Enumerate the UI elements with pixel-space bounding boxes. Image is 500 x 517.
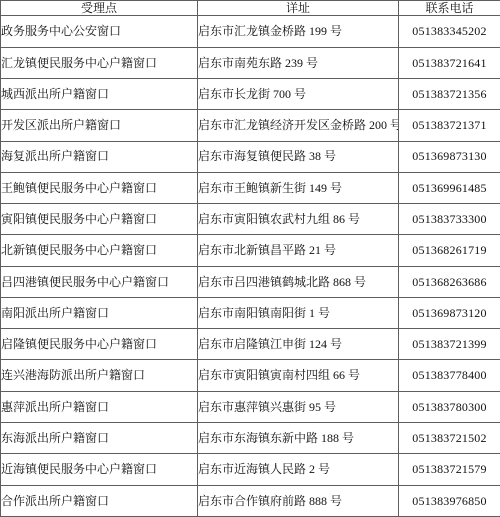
cell-address: 启东市汇龙镇金桥路 199 号 bbox=[198, 16, 399, 47]
column-header-acceptance-point: 受理点 bbox=[1, 1, 198, 16]
cell-acceptance-point: 南阳派出所户籍窗口 bbox=[1, 297, 198, 328]
cell-address: 启东市东海镇东新中路 188 号 bbox=[198, 423, 399, 454]
cell-phone: 051383345202 bbox=[399, 16, 500, 47]
cell-phone: 051383721579 bbox=[399, 454, 500, 485]
cell-phone: 051383778400 bbox=[399, 360, 500, 391]
cell-phone: 051383780300 bbox=[399, 391, 500, 422]
cell-phone: 051368261719 bbox=[399, 235, 500, 266]
table-row: 寅阳镇便民服务中心户籍窗口 启东市寅阳镇农武村九组 86 号 051383733… bbox=[1, 204, 500, 235]
cell-acceptance-point: 连兴港海防派出所户籍窗口 bbox=[1, 360, 198, 391]
table-row: 近海镇便民服务中心户籍窗口 启东市近海镇人民路 2 号 051383721579 bbox=[1, 454, 500, 485]
cell-address: 启东市汇龙镇经济开发区金桥路 200 号 bbox=[198, 110, 399, 141]
cell-address: 启东市惠萍镇兴惠街 95 号 bbox=[198, 391, 399, 422]
cell-address: 启东市寅阳镇农武村九组 86 号 bbox=[198, 204, 399, 235]
cell-address: 启东市寅阳镇寅南村四组 66 号 bbox=[198, 360, 399, 391]
cell-acceptance-point: 东海派出所户籍窗口 bbox=[1, 423, 198, 454]
cell-address: 启东市南阳镇南阳街 1 号 bbox=[198, 297, 399, 328]
cell-acceptance-point: 海复派出所户籍窗口 bbox=[1, 141, 198, 172]
cell-address: 启东市北新镇昌平路 21 号 bbox=[198, 235, 399, 266]
cell-address: 启东市长龙街 700 号 bbox=[198, 78, 399, 109]
cell-acceptance-point: 惠萍派出所户籍窗口 bbox=[1, 391, 198, 422]
table-body: 政务服务中心公安窗口 启东市汇龙镇金桥路 199 号 051383345202 … bbox=[1, 16, 500, 517]
cell-address: 启东市南苑东路 239 号 bbox=[198, 47, 399, 78]
cell-acceptance-point: 北新镇便民服务中心户籍窗口 bbox=[1, 235, 198, 266]
cell-acceptance-point: 城西派出所户籍窗口 bbox=[1, 78, 198, 109]
cell-phone: 051368263686 bbox=[399, 266, 500, 297]
column-header-address: 详址 bbox=[198, 1, 399, 16]
table-row: 吕四港镇便民服务中心户籍窗口 启东市吕四港镇鹤城北路 868 号 0513682… bbox=[1, 266, 500, 297]
table-row: 连兴港海防派出所户籍窗口 启东市寅阳镇寅南村四组 66 号 0513837784… bbox=[1, 360, 500, 391]
column-header-phone: 联系电话 bbox=[399, 1, 500, 16]
table-row: 政务服务中心公安窗口 启东市汇龙镇金桥路 199 号 051383345202 bbox=[1, 16, 500, 47]
cell-acceptance-point: 启隆镇便民服务中心户籍窗口 bbox=[1, 329, 198, 360]
cell-phone: 051383721356 bbox=[399, 78, 500, 109]
cell-address: 启东市合作镇府前路 888 号 bbox=[198, 485, 399, 516]
cell-address: 启东市海复镇便民路 38 号 bbox=[198, 141, 399, 172]
table-row: 惠萍派出所户籍窗口 启东市惠萍镇兴惠街 95 号 051383780300 bbox=[1, 391, 500, 422]
cell-address: 启东市近海镇人民路 2 号 bbox=[198, 454, 399, 485]
table-row: 东海派出所户籍窗口 启东市东海镇东新中路 188 号 051383721502 bbox=[1, 423, 500, 454]
cell-phone: 051383721502 bbox=[399, 423, 500, 454]
cell-acceptance-point: 汇龙镇便民服务中心户籍窗口 bbox=[1, 47, 198, 78]
table-row: 合作派出所户籍窗口 启东市合作镇府前路 888 号 051383976850 bbox=[1, 485, 500, 516]
acceptance-points-table: 受理点 详址 联系电话 政务服务中心公安窗口 启东市汇龙镇金桥路 199 号 0… bbox=[0, 0, 500, 517]
cell-phone: 051383721399 bbox=[399, 329, 500, 360]
table-row: 开发区派出所户籍窗口 启东市汇龙镇经济开发区金桥路 200 号 05138372… bbox=[1, 110, 500, 141]
table-row: 南阳派出所户籍窗口 启东市南阳镇南阳街 1 号 051369873120 bbox=[1, 297, 500, 328]
cell-phone: 051383733300 bbox=[399, 204, 500, 235]
cell-phone: 051383976850 bbox=[399, 485, 500, 516]
cell-address: 启东市王鲍镇新生街 149 号 bbox=[198, 172, 399, 203]
table-row: 启隆镇便民服务中心户籍窗口 启东市启隆镇江申街 124 号 0513837213… bbox=[1, 329, 500, 360]
cell-phone: 051383721641 bbox=[399, 47, 500, 78]
cell-acceptance-point: 政务服务中心公安窗口 bbox=[1, 16, 198, 47]
cell-address: 启东市启隆镇江申街 124 号 bbox=[198, 329, 399, 360]
cell-acceptance-point: 开发区派出所户籍窗口 bbox=[1, 110, 198, 141]
header-row: 受理点 详址 联系电话 bbox=[1, 1, 500, 16]
table-row: 城西派出所户籍窗口 启东市长龙街 700 号 051383721356 bbox=[1, 78, 500, 109]
table-row: 王鲍镇便民服务中心户籍窗口 启东市王鲍镇新生街 149 号 0513699614… bbox=[1, 172, 500, 203]
cell-phone: 051369873130 bbox=[399, 141, 500, 172]
table-row: 海复派出所户籍窗口 启东市海复镇便民路 38 号 051369873130 bbox=[1, 141, 500, 172]
cell-phone: 051369873120 bbox=[399, 297, 500, 328]
cell-acceptance-point: 寅阳镇便民服务中心户籍窗口 bbox=[1, 204, 198, 235]
cell-address: 启东市吕四港镇鹤城北路 868 号 bbox=[198, 266, 399, 297]
cell-acceptance-point: 近海镇便民服务中心户籍窗口 bbox=[1, 454, 198, 485]
cell-acceptance-point: 吕四港镇便民服务中心户籍窗口 bbox=[1, 266, 198, 297]
table-row: 汇龙镇便民服务中心户籍窗口 启东市南苑东路 239 号 051383721641 bbox=[1, 47, 500, 78]
cell-acceptance-point: 合作派出所户籍窗口 bbox=[1, 485, 198, 516]
cell-phone: 051383721371 bbox=[399, 110, 500, 141]
table-row: 北新镇便民服务中心户籍窗口 启东市北新镇昌平路 21 号 05136826171… bbox=[1, 235, 500, 266]
cell-acceptance-point: 王鲍镇便民服务中心户籍窗口 bbox=[1, 172, 198, 203]
cell-phone: 051369961485 bbox=[399, 172, 500, 203]
